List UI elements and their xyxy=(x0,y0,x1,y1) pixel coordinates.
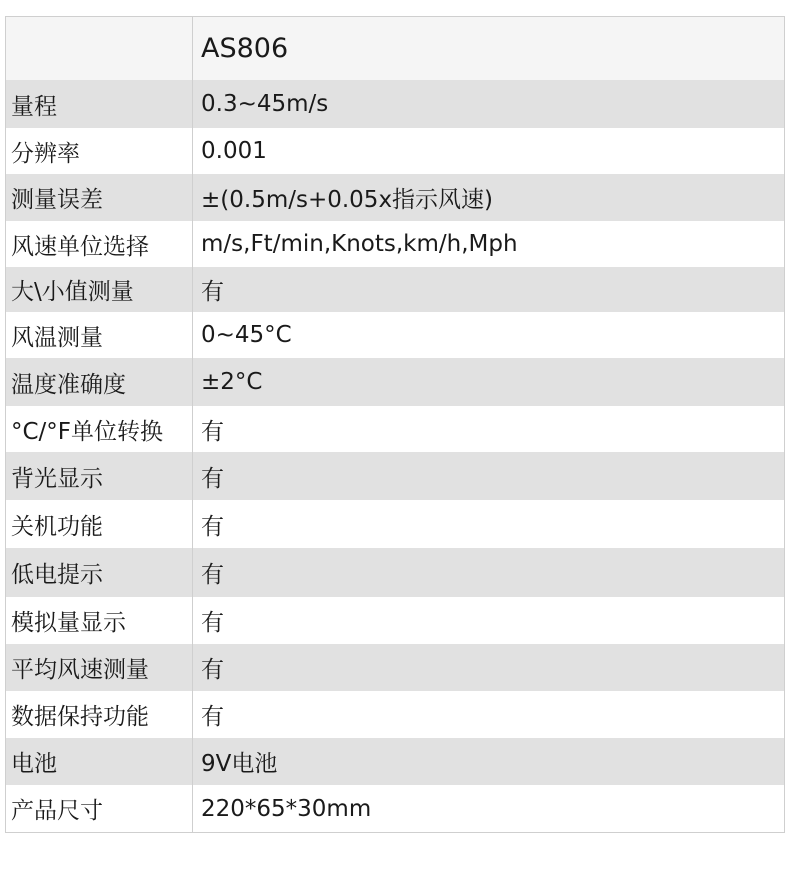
table-row: 量程0.3~45m/s xyxy=(6,80,784,128)
table-row: 背光显示有 xyxy=(6,452,784,500)
spec-value: 有 xyxy=(193,691,784,738)
spec-value: 有 xyxy=(193,267,784,312)
spec-value: 220*65*30mm xyxy=(193,785,784,832)
spec-label: 温度准确度 xyxy=(6,358,193,406)
spec-label: 关机功能 xyxy=(6,500,193,548)
spec-label: 风速单位选择 xyxy=(6,221,193,267)
table-row: °C/°F单位转换有 xyxy=(6,406,784,452)
table-row: 低电提示有 xyxy=(6,548,784,597)
table-row: 分辨率0.001 xyxy=(6,128,784,174)
table-row: 风速单位选择m/s,Ft/min,Knots,km/h,Mph xyxy=(6,221,784,267)
spec-value: 有 xyxy=(193,644,784,691)
table-row: 大\小值测量有 xyxy=(6,267,784,312)
spec-label: 背光显示 xyxy=(6,452,193,500)
spec-value: 有 xyxy=(193,548,784,597)
table-row: 风温测量0~45°C xyxy=(6,312,784,358)
spec-label: 平均风速测量 xyxy=(6,644,193,691)
table-row: 模拟量显示有 xyxy=(6,597,784,644)
spec-label: 分辨率 xyxy=(6,128,193,174)
spec-value: 9V电池 xyxy=(193,738,784,785)
spec-label: 产品尺寸 xyxy=(6,785,193,832)
spec-label: 模拟量显示 xyxy=(6,597,193,644)
spec-label: 低电提示 xyxy=(6,548,193,597)
spec-value: 有 xyxy=(193,597,784,644)
spec-value: 有 xyxy=(193,452,784,500)
spec-label: 数据保持功能 xyxy=(6,691,193,738)
table-row: 数据保持功能有 xyxy=(6,691,784,738)
header-label-cell xyxy=(6,17,193,80)
table-row: 温度准确度±2°C xyxy=(6,358,784,406)
spec-value: ±2°C xyxy=(193,358,784,406)
model-name: AS806 xyxy=(193,17,784,80)
spec-label: 风温测量 xyxy=(6,312,193,358)
table-row: 测量误差±(0.5m/s+0.05x指示风速) xyxy=(6,174,784,221)
table-row: 产品尺寸220*65*30mm xyxy=(6,785,784,832)
spec-value: 0.001 xyxy=(193,128,784,174)
table-row: 关机功能有 xyxy=(6,500,784,548)
spec-label: °C/°F单位转换 xyxy=(6,406,193,452)
spec-value: 有 xyxy=(193,500,784,548)
table-row: 平均风速测量有 xyxy=(6,644,784,691)
table-header-row: AS806 xyxy=(6,17,784,80)
spec-label: 测量误差 xyxy=(6,174,193,221)
spec-value: 0~45°C xyxy=(193,312,784,358)
table-row: 电池9V电池 xyxy=(6,738,784,785)
spec-value: ±(0.5m/s+0.05x指示风速) xyxy=(193,174,784,221)
spec-table: AS806 量程0.3~45m/s分辨率0.001测量误差±(0.5m/s+0.… xyxy=(5,16,785,833)
spec-label: 大\小值测量 xyxy=(6,267,193,312)
spec-value: 有 xyxy=(193,406,784,452)
spec-label: 电池 xyxy=(6,738,193,785)
spec-value: m/s,Ft/min,Knots,km/h,Mph xyxy=(193,221,784,267)
spec-label: 量程 xyxy=(6,80,193,128)
spec-value: 0.3~45m/s xyxy=(193,80,784,128)
